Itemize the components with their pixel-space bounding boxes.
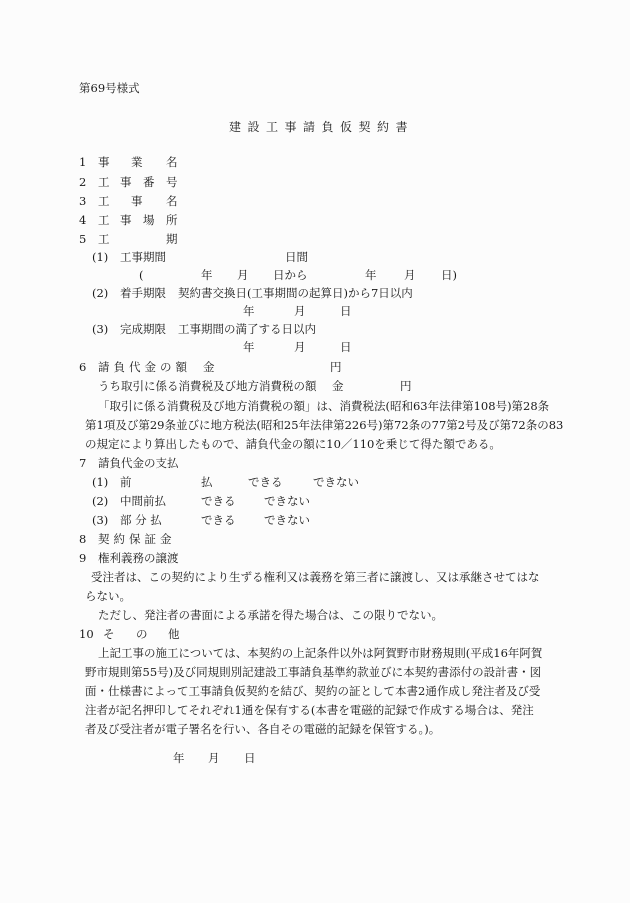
- document-title: 建設工事請負仮契約書: [229, 121, 414, 133]
- form-number: 第69号様式: [79, 83, 140, 95]
